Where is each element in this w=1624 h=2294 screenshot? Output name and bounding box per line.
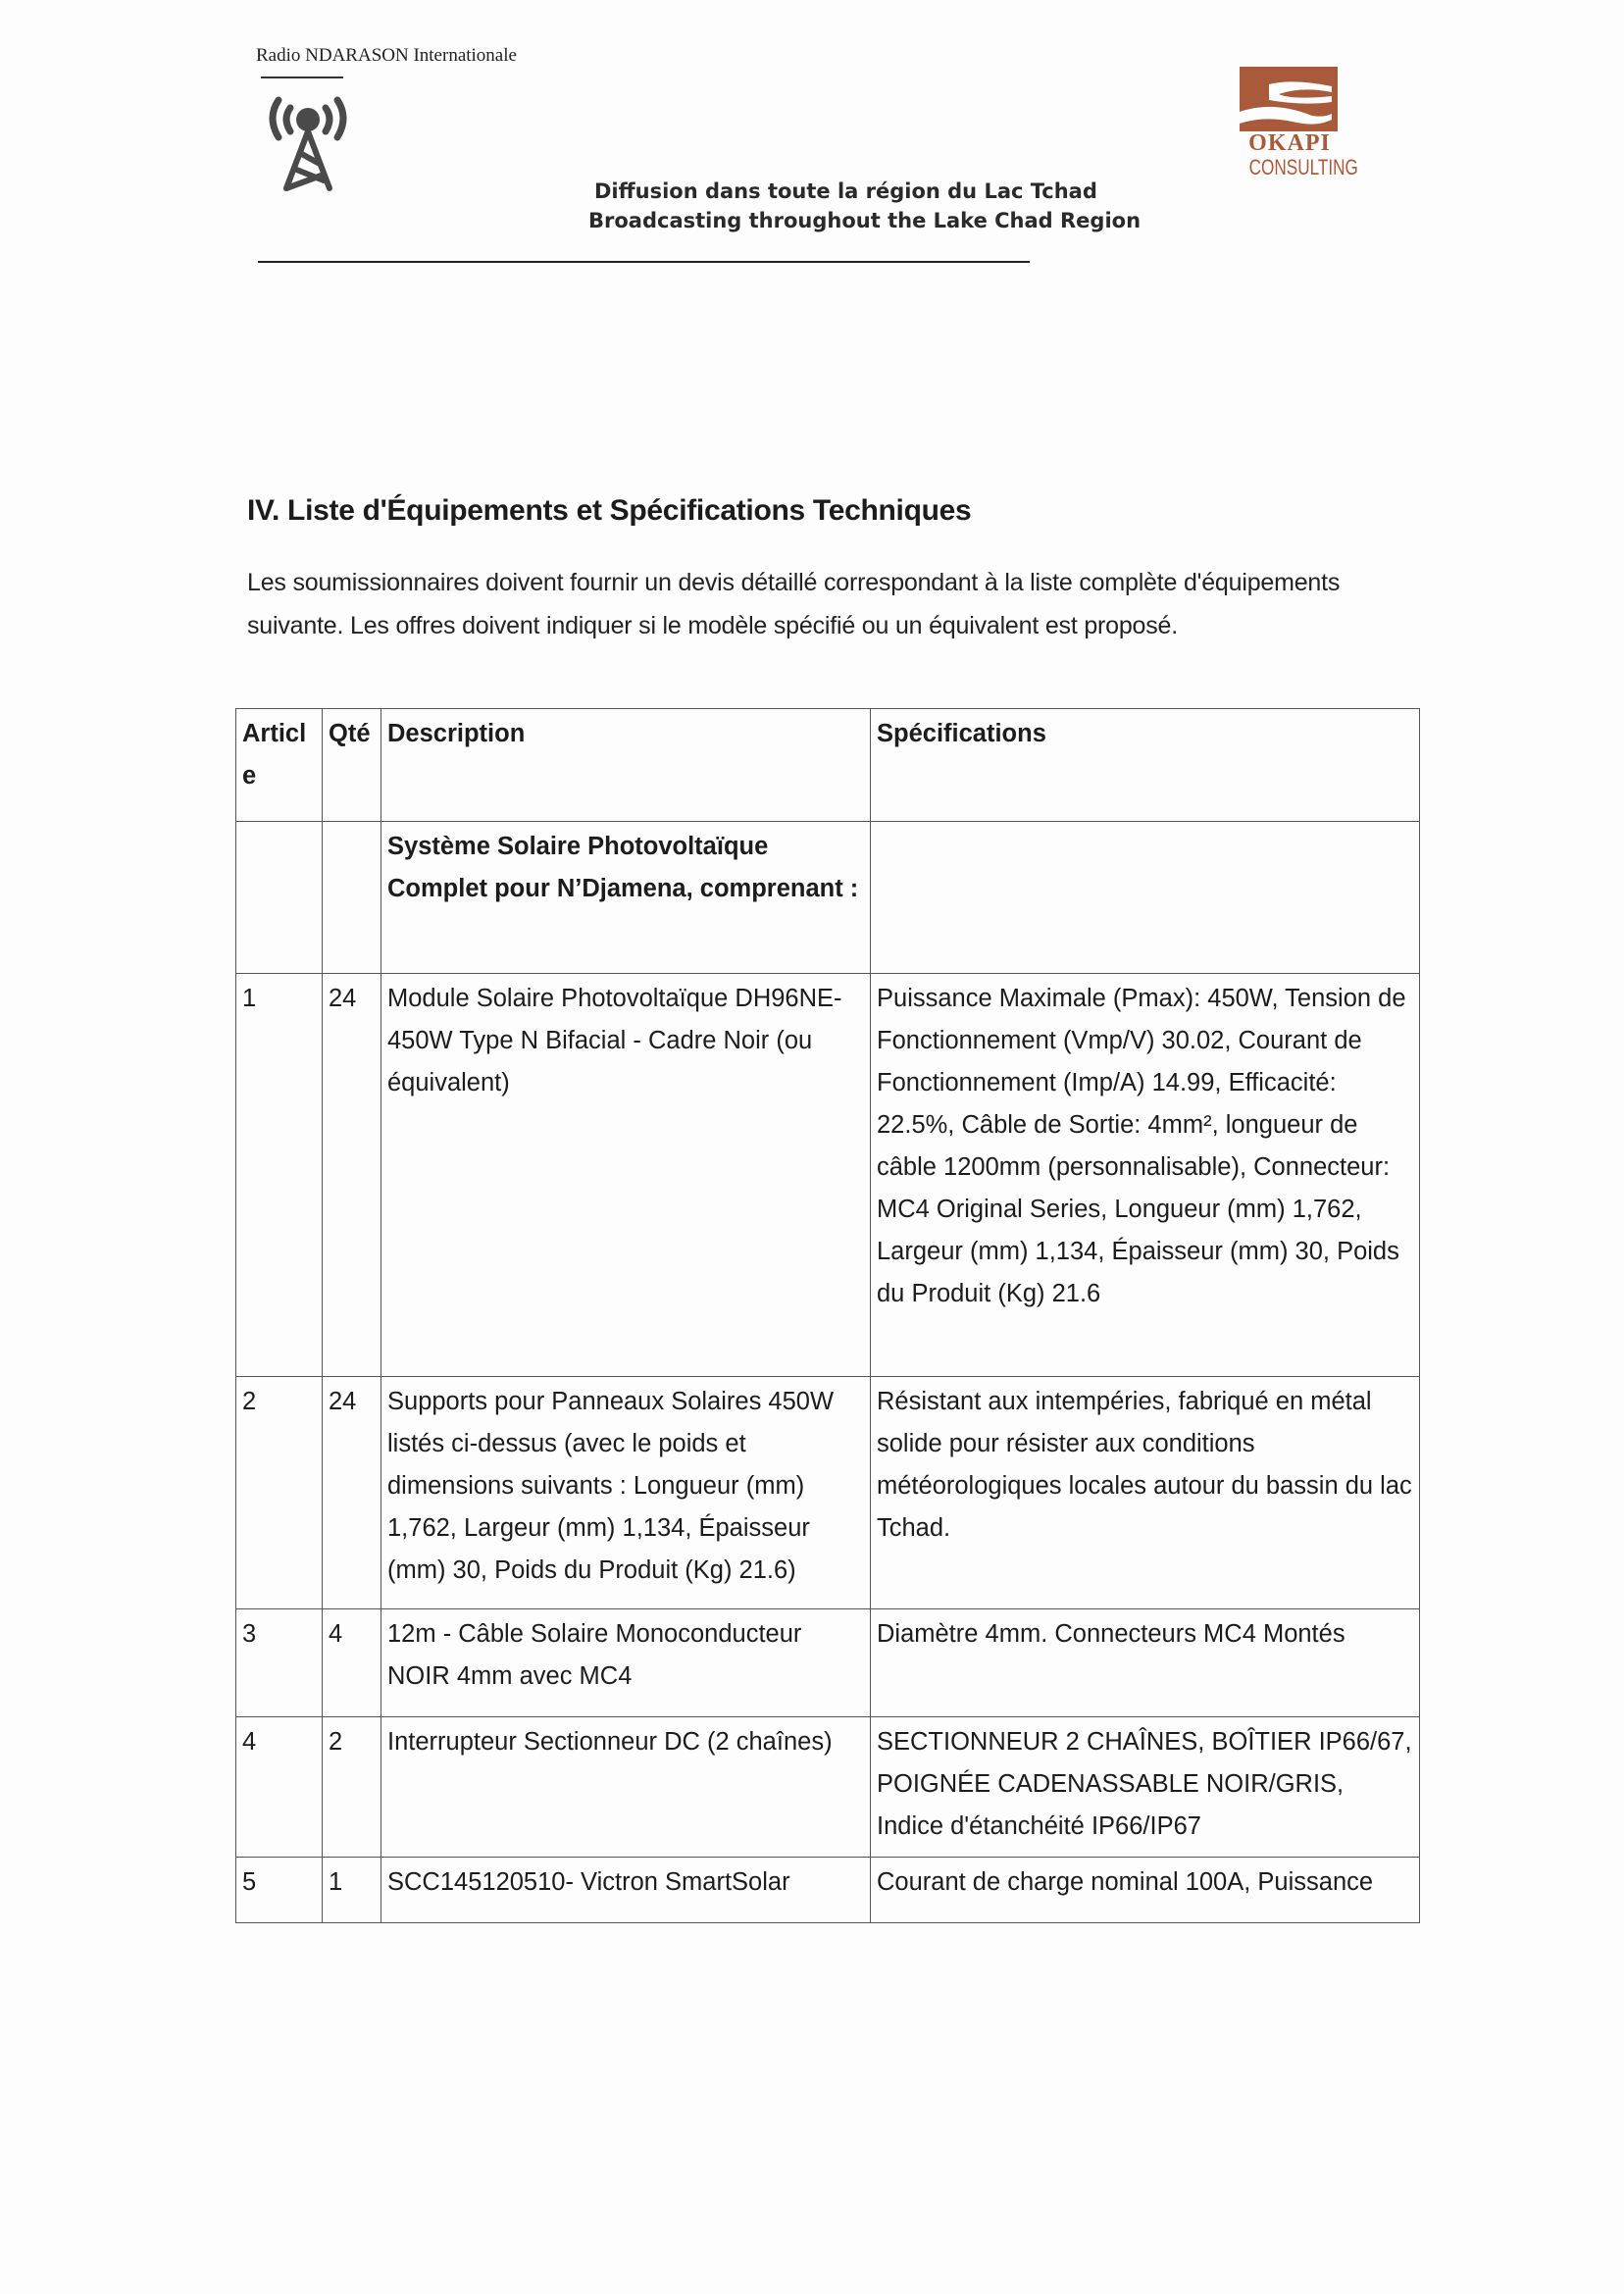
- article-number: 5: [236, 1858, 323, 1923]
- description: Module Solaire Photovoltaïque DH96NE-450…: [381, 974, 871, 1377]
- column-header-specifications: Spécifications: [871, 709, 1420, 822]
- column-header-qty: Qté: [323, 709, 381, 822]
- quantity: 2: [323, 1717, 381, 1858]
- article-number: 2: [236, 1377, 323, 1609]
- tagline-french: Diffusion dans toute la région du Lac Tc…: [588, 177, 1141, 206]
- header-divider: [258, 261, 1030, 263]
- tagline: Diffusion dans toute la région du Lac Tc…: [588, 177, 1141, 235]
- description: 12m - Câble Solaire Monoconducteur NOIR …: [381, 1609, 871, 1717]
- equipment-table: Article Qté Description Spécifications S…: [235, 708, 1420, 1923]
- organization-underline: [261, 76, 343, 78]
- table-row: 1 24 Module Solaire Photovoltaïque DH96N…: [236, 974, 1420, 1377]
- group-spec-cell: [871, 822, 1420, 974]
- table-row: 4 2 Interrupteur Sectionneur DC (2 chaîn…: [236, 1717, 1420, 1858]
- group-article-cell: [236, 822, 323, 974]
- description: SCC145120510- Victron SmartSolar: [381, 1858, 871, 1923]
- quantity: 1: [323, 1858, 381, 1923]
- table-group-row: Système Solaire Photovoltaïque Complet p…: [236, 822, 1420, 974]
- specifications: Diamètre 4mm. Connecteurs MC4 Montés: [871, 1609, 1420, 1717]
- section-intro: Les soumissionnaires doivent fournir un …: [247, 561, 1375, 647]
- quantity: 4: [323, 1609, 381, 1717]
- article-number: 1: [236, 974, 323, 1377]
- specifications: Courant de charge nominal 100A, Puissanc…: [871, 1858, 1420, 1923]
- table-header-row: Article Qté Description Spécifications: [236, 709, 1420, 822]
- quantity: 24: [323, 974, 381, 1377]
- specifications: Puissance Maximale (Pmax): 450W, Tension…: [871, 974, 1420, 1377]
- specifications: SECTIONNEUR 2 CHAÎNES, BOÎTIER IP66/67, …: [871, 1717, 1420, 1858]
- section-title: IV. Liste d'Équipements et Spécification…: [247, 494, 971, 528]
- article-number: 4: [236, 1717, 323, 1858]
- specifications: Résistant aux intempéries, fabriqué en m…: [871, 1377, 1420, 1609]
- article-number: 3: [236, 1609, 323, 1717]
- tagline-english: Broadcasting throughout the Lake Chad Re…: [588, 206, 1141, 235]
- column-header-article: Article: [236, 709, 323, 822]
- group-heading: Système Solaire Photovoltaïque Complet p…: [381, 822, 871, 974]
- table-row: 3 4 12m - Câble Solaire Monoconducteur N…: [236, 1609, 1420, 1717]
- radio-tower-icon: [265, 90, 351, 192]
- table-row: 2 24 Supports pour Panneaux Solaires 450…: [236, 1377, 1420, 1609]
- column-header-description: Description: [381, 709, 871, 822]
- consulting-brand-name: CONSULTING: [1249, 157, 1331, 178]
- description: Supports pour Panneaux Solaires 450W lis…: [381, 1377, 871, 1609]
- description: Interrupteur Sectionneur DC (2 chaînes): [381, 1717, 871, 1858]
- organization-name: Radio NDARASON Internationale: [256, 45, 517, 67]
- quantity: 24: [323, 1377, 381, 1609]
- okapi-brand-name: OKAPI: [1238, 131, 1342, 155]
- group-qty-cell: [323, 822, 381, 974]
- table-row: 5 1 SCC145120510- Victron SmartSolar Cou…: [236, 1858, 1420, 1923]
